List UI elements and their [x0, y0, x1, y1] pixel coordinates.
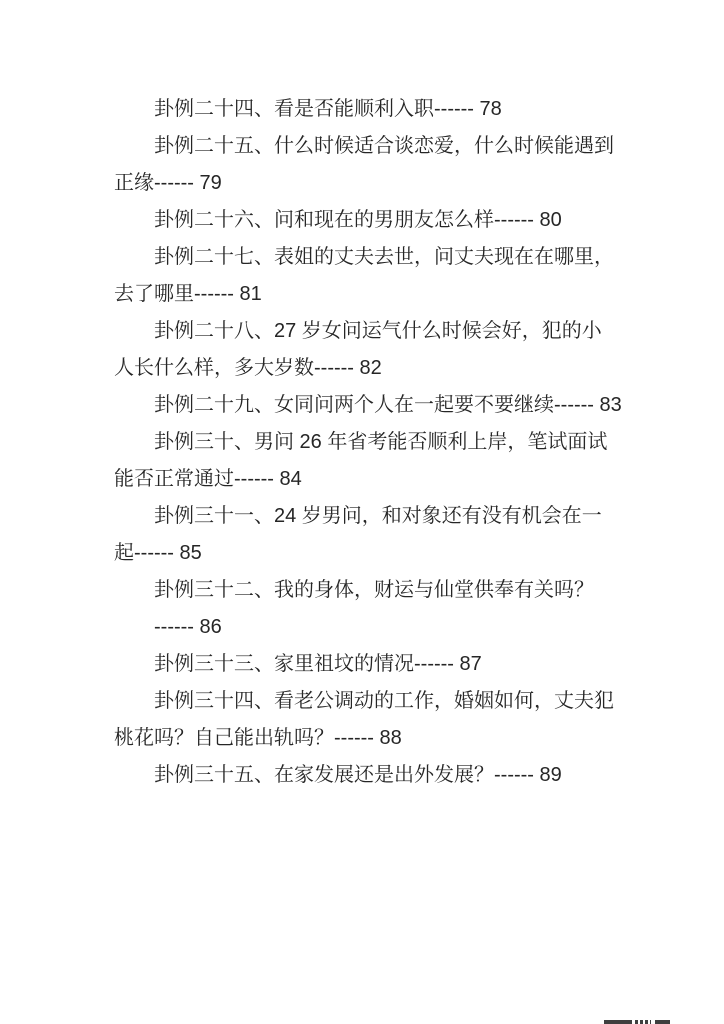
toc-entry-line: 桃花吗？自己能出轨吗？------ 88: [114, 720, 616, 757]
toc-entry: 卦例三十一、24 岁男问，和对象还有没有机会在一起------ 85: [114, 498, 616, 572]
toc-entry-line: 卦例三十五、在家发展还是出外发展？------ 89: [114, 757, 616, 794]
document-page: 卦例二十四、看是否能顺利入职------ 78卦例二十五、什么时候适合谈恋爱，什…: [0, 0, 724, 1024]
toc-entry: 卦例二十九、女同问两个人在一起要不要继续------ 83: [114, 387, 616, 424]
toc-entry-line: 卦例三十二、我的身体，财运与仙堂供奉有关吗？: [114, 572, 616, 609]
toc-entry-line: 卦例三十三、家里祖坟的情况------ 87: [114, 646, 616, 683]
toc-entry-line: 起------ 85: [114, 535, 616, 572]
toc-entry: 卦例二十六、问和现在的男朋友怎么样------ 80: [114, 202, 616, 239]
clipped-watermark: [604, 1018, 670, 1024]
toc-entry-line: 卦例二十七、表姐的丈夫去世，问丈夫现在在哪里，: [114, 239, 616, 276]
toc-entry-line: 卦例二十四、看是否能顺利入职------ 78: [114, 91, 616, 128]
toc-entry-line: 卦例三十、男问 26 年省考能否顺利上岸，笔试面试: [114, 424, 616, 461]
toc-entry: 卦例三十二、我的身体，财运与仙堂供奉有关吗？------ 86: [114, 572, 616, 646]
toc-entry: 卦例三十三、家里祖坟的情况------ 87: [114, 646, 616, 683]
toc-entry-line: 能否正常通过------ 84: [114, 461, 616, 498]
toc-entry-line: 卦例三十一、24 岁男问，和对象还有没有机会在一: [114, 498, 616, 535]
toc-entry: 卦例三十五、在家发展还是出外发展？------ 89: [114, 757, 616, 794]
watermark-bar: [655, 1020, 670, 1024]
toc-entry: 卦例二十八、27 岁女问运气什么时候会好，犯的小人长什么样，多大岁数------…: [114, 313, 616, 387]
toc-entry-line: 去了哪里------ 81: [114, 276, 616, 313]
toc-entry-line: 卦例二十九、女同问两个人在一起要不要继续------ 83: [114, 387, 616, 424]
toc-entry-line: 正缘------ 79: [114, 165, 616, 202]
toc-entry-line: 人长什么样，多大岁数------ 82: [114, 350, 616, 387]
toc-entry: 卦例二十四、看是否能顺利入职------ 78: [114, 91, 616, 128]
toc-entry-line: 卦例二十五、什么时候适合谈恋爱，什么时候能遇到: [114, 128, 616, 165]
toc-entry-line: 卦例二十八、27 岁女问运气什么时候会好，犯的小: [114, 313, 616, 350]
toc-entry-line: ------ 86: [114, 609, 616, 646]
watermark-bar: [604, 1020, 632, 1024]
toc-entry: 卦例二十五、什么时候适合谈恋爱，什么时候能遇到正缘------ 79: [114, 128, 616, 202]
toc-list: 卦例二十四、看是否能顺利入职------ 78卦例二十五、什么时候适合谈恋爱，什…: [114, 91, 616, 794]
watermark-bar: [635, 1020, 651, 1024]
toc-entry: 卦例三十、男问 26 年省考能否顺利上岸，笔试面试能否正常通过------ 84: [114, 424, 616, 498]
toc-entry-line: 卦例二十六、问和现在的男朋友怎么样------ 80: [114, 202, 616, 239]
toc-entry: 卦例二十七、表姐的丈夫去世，问丈夫现在在哪里，去了哪里------ 81: [114, 239, 616, 313]
toc-entry-line: 卦例三十四、看老公调动的工作，婚姻如何，丈夫犯: [114, 683, 616, 720]
toc-entry: 卦例三十四、看老公调动的工作，婚姻如何，丈夫犯桃花吗？自己能出轨吗？------…: [114, 683, 616, 757]
